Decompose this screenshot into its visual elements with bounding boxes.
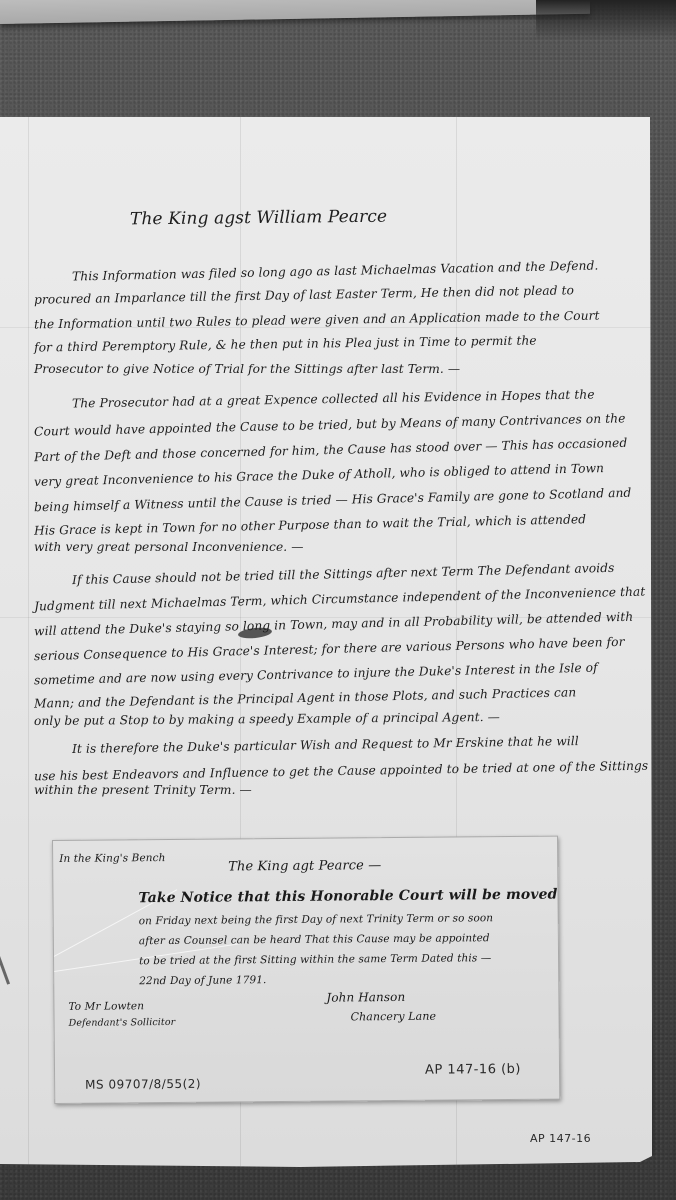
text-line: Prosecutor to give Notice of Trial for t… bbox=[34, 362, 460, 376]
notice-slip: In the King's Bench The King agt Pearce … bbox=[52, 836, 560, 1104]
court-heading: In the King's Bench bbox=[59, 852, 165, 865]
archive-reference: AP 147-16 (b) bbox=[425, 1062, 521, 1078]
signature: John Hanson bbox=[326, 990, 405, 1005]
date-line: 22nd Day of June 1791. bbox=[139, 974, 266, 987]
slip-title: The King agt Pearce — bbox=[228, 858, 381, 874]
notice-line: to be tried at the first Sitting within … bbox=[139, 952, 491, 967]
manuscript-reference: MS 09707/8/55(2) bbox=[85, 1077, 201, 1092]
document-title: The King agst William Pearce bbox=[130, 207, 387, 230]
signature-address: Chancery Lane bbox=[350, 1010, 436, 1024]
sheet-shadow bbox=[536, 0, 676, 40]
text-line: within the present Trinity Term. — bbox=[34, 783, 252, 797]
addressee: To Mr Lowten bbox=[68, 1000, 144, 1013]
notice-line: on Friday next being the first Day of ne… bbox=[139, 912, 494, 927]
page-archive-reference: AP 147-16 bbox=[530, 1132, 591, 1145]
notice-line: after as Counsel can be heard That this … bbox=[139, 932, 490, 947]
fold-line bbox=[28, 117, 29, 1167]
text-line: with very great personal Inconvenience. … bbox=[34, 540, 304, 554]
addressee-role: Defendant's Sollicitor bbox=[69, 1017, 176, 1029]
notice-line: Take Notice that this Honorable Court wi… bbox=[138, 887, 557, 907]
